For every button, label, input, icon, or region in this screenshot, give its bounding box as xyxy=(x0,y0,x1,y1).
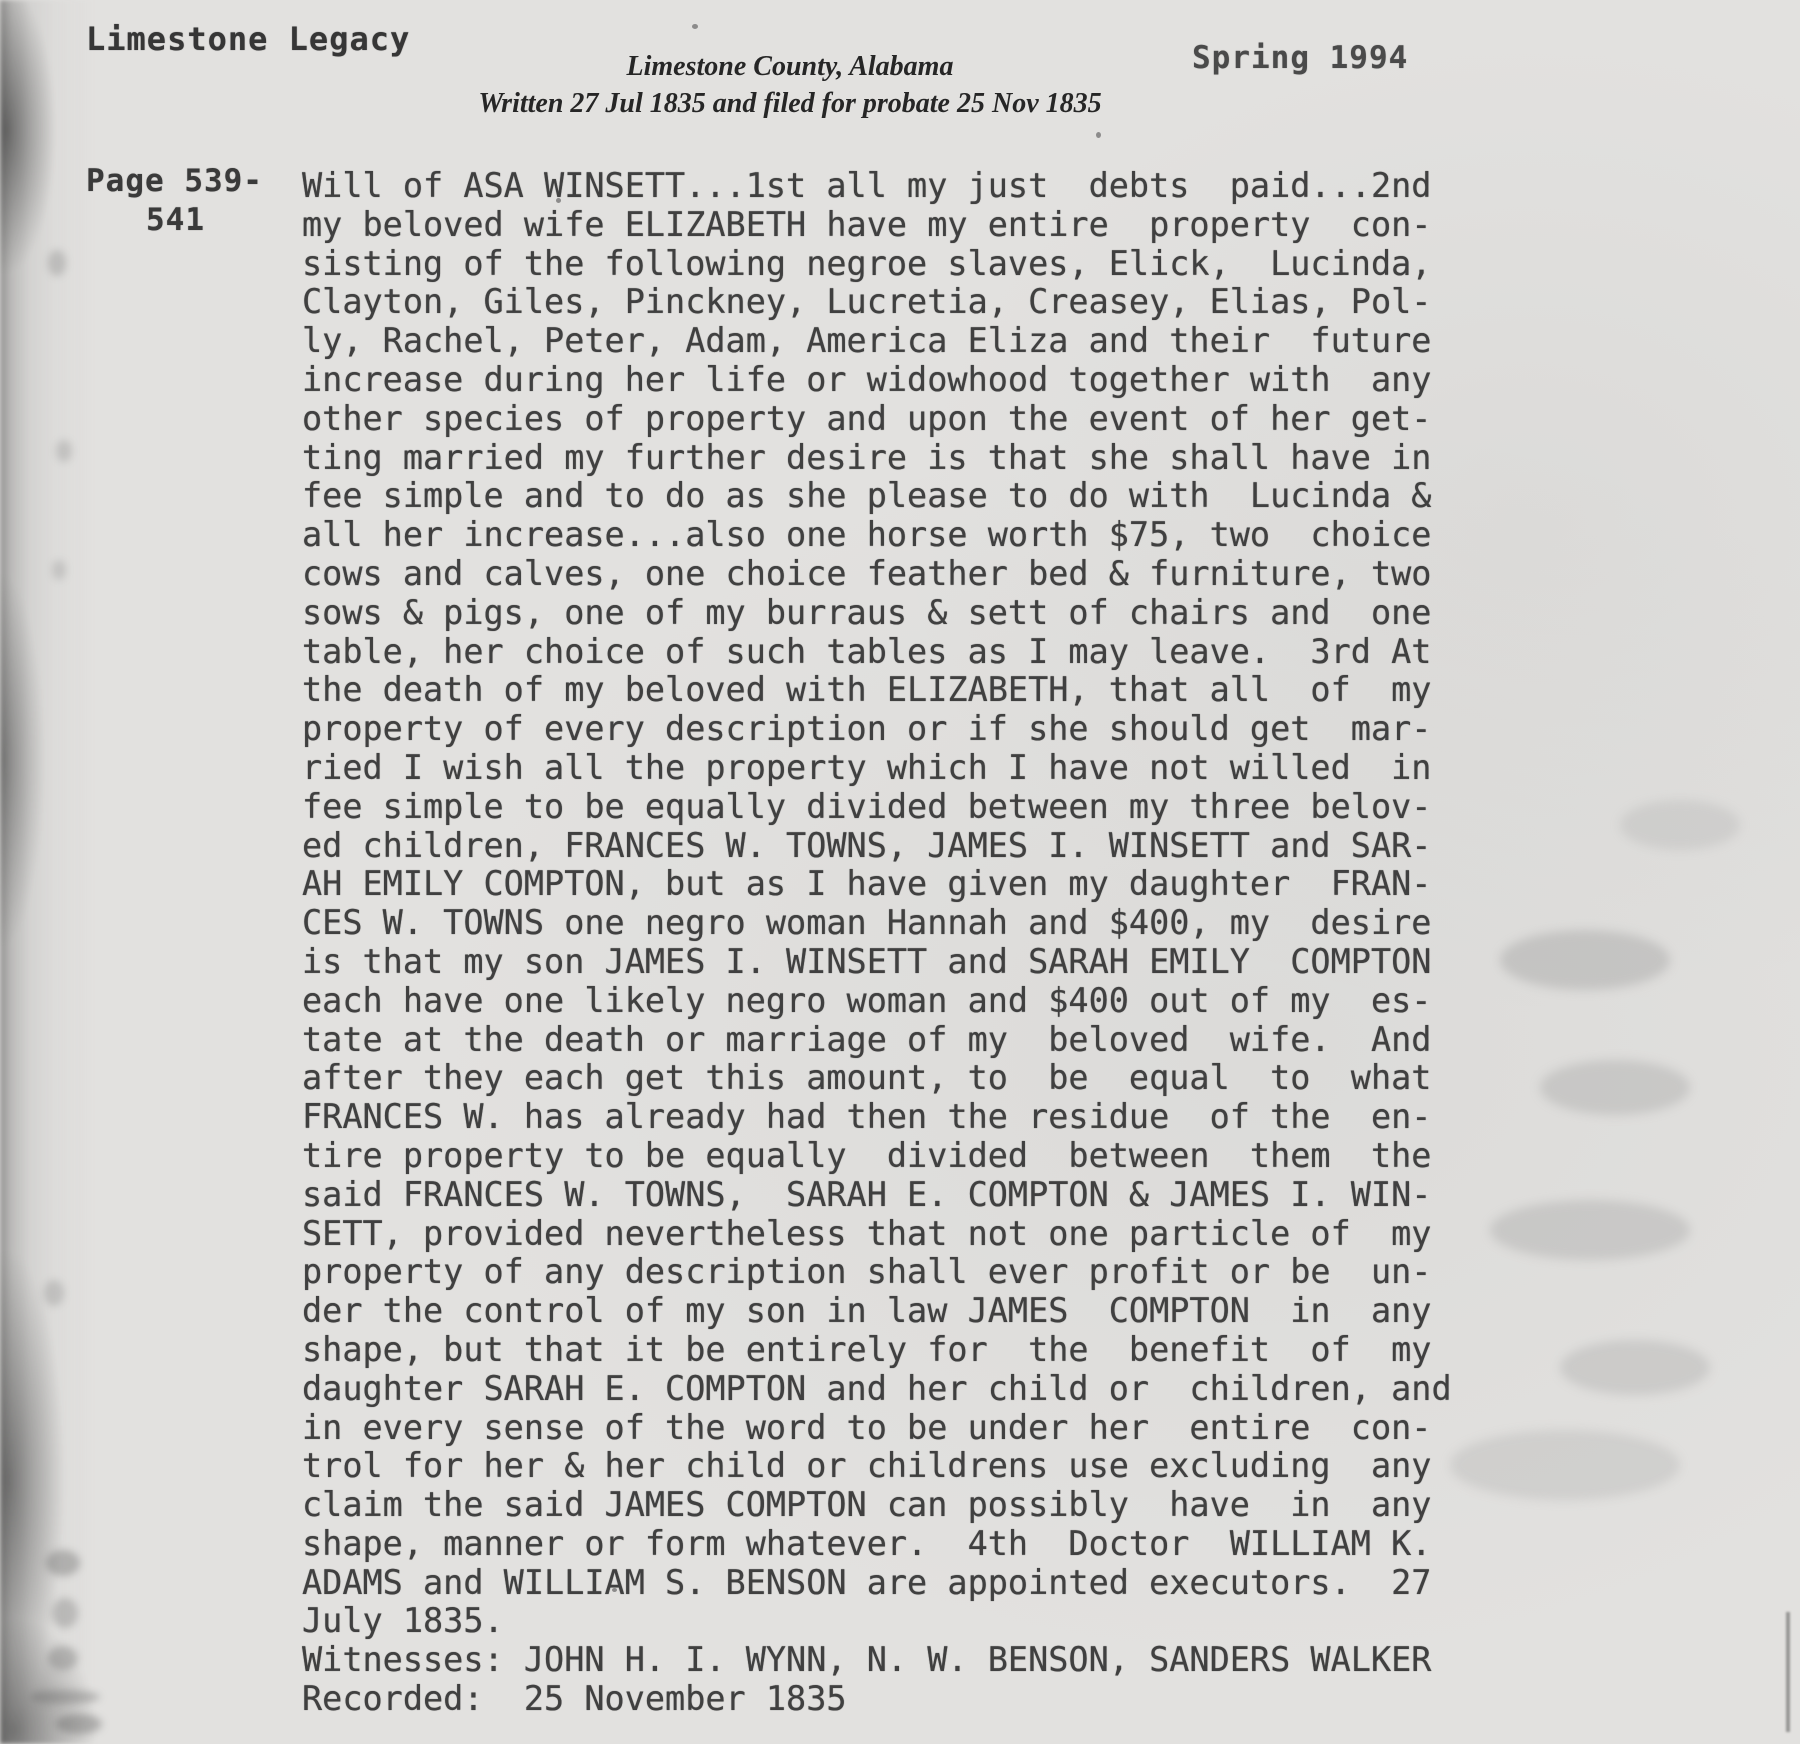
scan-smudge xyxy=(48,250,66,276)
text-line: shape, but that it be entirely for the b… xyxy=(302,1331,1452,1370)
text-line: fee simple and to do as she please to do… xyxy=(302,477,1452,516)
text-line: ly, Rachel, Peter, Adam, America Eliza a… xyxy=(302,322,1452,361)
scan-artifact-line xyxy=(1786,1612,1790,1732)
text-line: property of any description shall ever p… xyxy=(302,1253,1452,1292)
scan-smudge xyxy=(56,1714,102,1734)
text-line: Recorded: 25 November 1835 xyxy=(302,1680,1452,1719)
scan-smudge xyxy=(46,1550,80,1576)
text-line: is that my son JAMES I. WINSETT and SARA… xyxy=(302,943,1452,982)
text-line: FRANCES W. has already had then the resi… xyxy=(302,1098,1452,1137)
bleed-through-mark xyxy=(1490,1200,1690,1260)
text-line: tate at the death or marriage of my belo… xyxy=(302,1021,1452,1060)
page-reference-line2: 541 xyxy=(86,201,263,240)
text-line: July 1835. xyxy=(302,1602,1452,1641)
bleed-through-mark xyxy=(1540,1060,1690,1115)
bleed-through-mark xyxy=(1560,1340,1710,1395)
text-line: fee simple to be equally divided between… xyxy=(302,788,1452,827)
text-line: each have one likely negro woman and $40… xyxy=(302,982,1452,1021)
text-line: in every sense of the word to be under h… xyxy=(302,1409,1452,1448)
scan-smudge xyxy=(52,560,66,580)
text-line: sisting of the following negroe slaves, … xyxy=(302,245,1452,284)
text-line: sows & pigs, one of my burraus & sett of… xyxy=(302,594,1452,633)
text-line: my beloved wife ELIZABETH have my entire… xyxy=(302,206,1452,245)
text-line: daughter SARAH E. COMPTON and her child … xyxy=(302,1370,1452,1409)
text-line: trol for her & her child or childrens us… xyxy=(302,1447,1452,1486)
text-line: tire property to be equally divided betw… xyxy=(302,1137,1452,1176)
scan-smudge xyxy=(52,1598,78,1628)
scan-smudge xyxy=(44,1280,64,1306)
text-line: ting married my further desire is that s… xyxy=(302,439,1452,478)
text-line: Clayton, Giles, Pinckney, Lucretia, Crea… xyxy=(302,283,1452,322)
text-line: AH EMILY COMPTON, but as I have given my… xyxy=(302,865,1452,904)
text-line: claim the said JAMES COMPTON can possibl… xyxy=(302,1486,1452,1525)
text-line: said FRANCES W. TOWNS, SARAH E. COMPTON … xyxy=(302,1176,1452,1215)
scan-smudge xyxy=(48,1646,78,1670)
text-line: cows and calves, one choice feather bed … xyxy=(302,555,1452,594)
document-subtitle: Limestone County, Alabama Written 27 Jul… xyxy=(0,48,1580,122)
text-line: ried I wish all the property which I hav… xyxy=(302,749,1452,788)
text-line: all her increase...also one horse worth … xyxy=(302,516,1452,555)
text-line: CES W. TOWNS one negro woman Hannah and … xyxy=(302,904,1452,943)
text-line: SETT, provided nevertheless that not one… xyxy=(302,1215,1452,1254)
text-line: after they each get this amount, to be e… xyxy=(302,1059,1452,1098)
will-transcription: Will of ASA WINSETT...1st all my just de… xyxy=(302,167,1452,1719)
text-line: der the control of my son in law JAMES C… xyxy=(302,1292,1452,1331)
scan-smudge xyxy=(30,1690,100,1704)
scan-speck xyxy=(1096,132,1101,138)
text-line: shape, manner or form whatever. 4th Doct… xyxy=(302,1525,1452,1564)
text-line: Will of ASA WINSETT...1st all my just de… xyxy=(302,167,1452,206)
text-line: the death of my beloved with ELIZABETH, … xyxy=(302,671,1452,710)
text-line: ed children, FRANCES W. TOWNS, JAMES I. … xyxy=(302,827,1452,866)
subtitle-county-line: Limestone County, Alabama xyxy=(0,48,1580,85)
page-reference: Page 539- 541 xyxy=(86,162,263,240)
bleed-through-mark xyxy=(1450,1430,1680,1500)
scanned-document-page: Limestone Legacy Spring 1994 Limestone C… xyxy=(0,0,1800,1744)
text-line: table, her choice of such tables as I ma… xyxy=(302,633,1452,672)
bleed-through-mark xyxy=(1620,800,1740,850)
bleed-through-mark xyxy=(1500,930,1670,990)
subtitle-filed-line: Written 27 Jul 1835 and filed for probat… xyxy=(0,85,1580,122)
text-line: increase during her life or widowhood to… xyxy=(302,361,1452,400)
text-line: other species of property and upon the e… xyxy=(302,400,1452,439)
text-line: ADAMS and WILLIAM S. BENSON are appointe… xyxy=(302,1564,1452,1603)
page-reference-line1: Page 539- xyxy=(86,162,263,201)
scan-speck xyxy=(692,24,698,29)
scan-smudge xyxy=(56,440,72,462)
text-line: property of every description or if she … xyxy=(302,710,1452,749)
text-line: Witnesses: JOHN H. I. WYNN, N. W. BENSON… xyxy=(302,1641,1452,1680)
